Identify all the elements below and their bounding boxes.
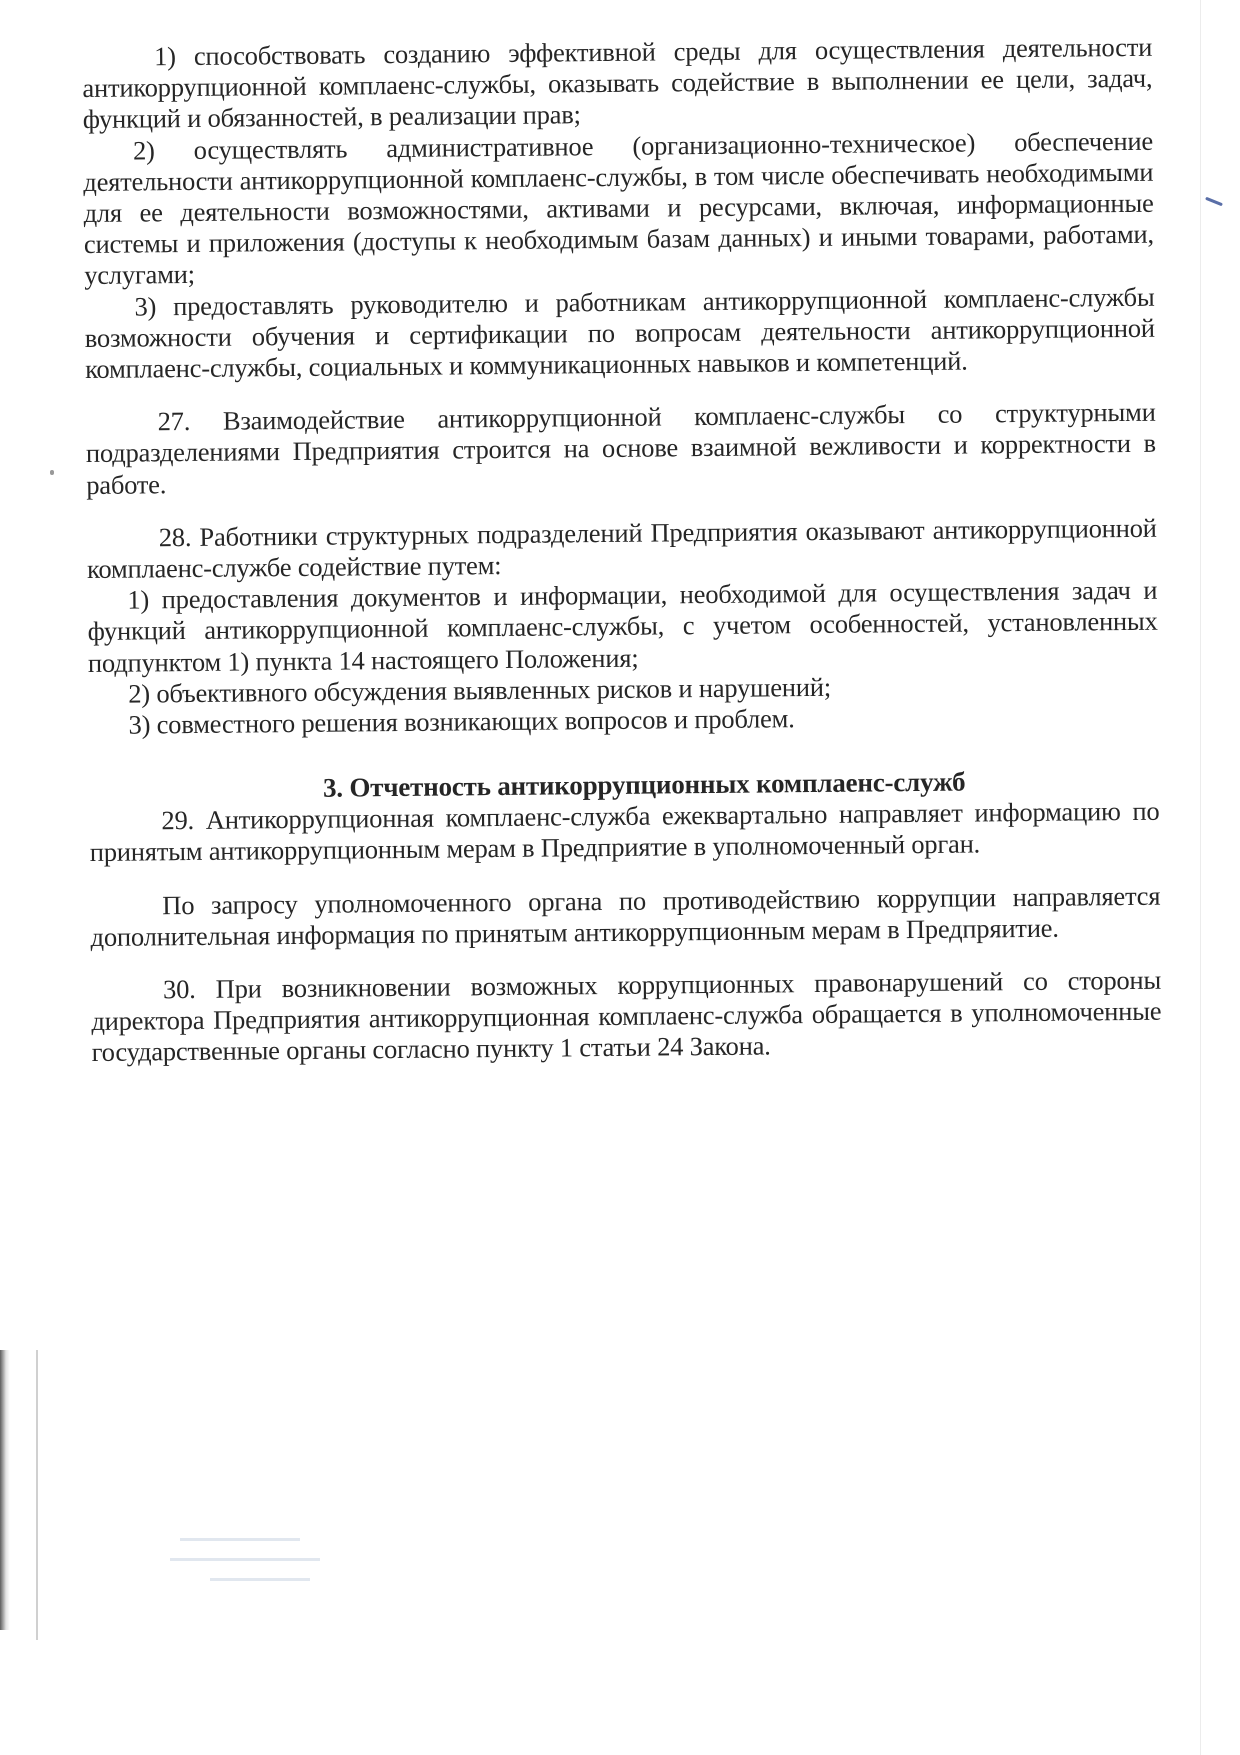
paragraph-29-request: По запросу уполномоченного органа по про… bbox=[90, 880, 1161, 953]
scan-edge-line bbox=[36, 1350, 38, 1640]
paragraph-29: 29. Антикоррупционная комплаенс-служба е… bbox=[89, 796, 1160, 869]
paragraph-28-item-1: 1) предоставления документов и информаци… bbox=[87, 575, 1158, 679]
document-body: 1) способствовать созданию эффективной с… bbox=[82, 32, 1162, 1069]
paragraph-30: 30. При возникновении возможных коррупци… bbox=[91, 965, 1162, 1069]
paragraph-27: 27. Взаимодействие антикоррупционной ком… bbox=[86, 397, 1157, 501]
scanned-page: 1) способствовать созданию эффективной с… bbox=[0, 0, 1240, 1755]
paragraph-28: 28. Работники структурных подразделений … bbox=[87, 513, 1158, 586]
speck-mark bbox=[50, 470, 54, 475]
paragraph-26-item-3: 3) предоставлять руководителю и работник… bbox=[84, 281, 1155, 385]
scan-edge-shadow bbox=[0, 1350, 10, 1630]
scan-right-edge-line bbox=[1200, 0, 1201, 1755]
paragraph-26-item-1: 1) способствовать созданию эффективной с… bbox=[82, 32, 1153, 136]
faint-stamp-residue bbox=[170, 1530, 370, 1590]
pen-mark bbox=[1205, 197, 1223, 207]
paragraph-26-item-2: 2) осуществлять административное (органи… bbox=[83, 125, 1154, 291]
